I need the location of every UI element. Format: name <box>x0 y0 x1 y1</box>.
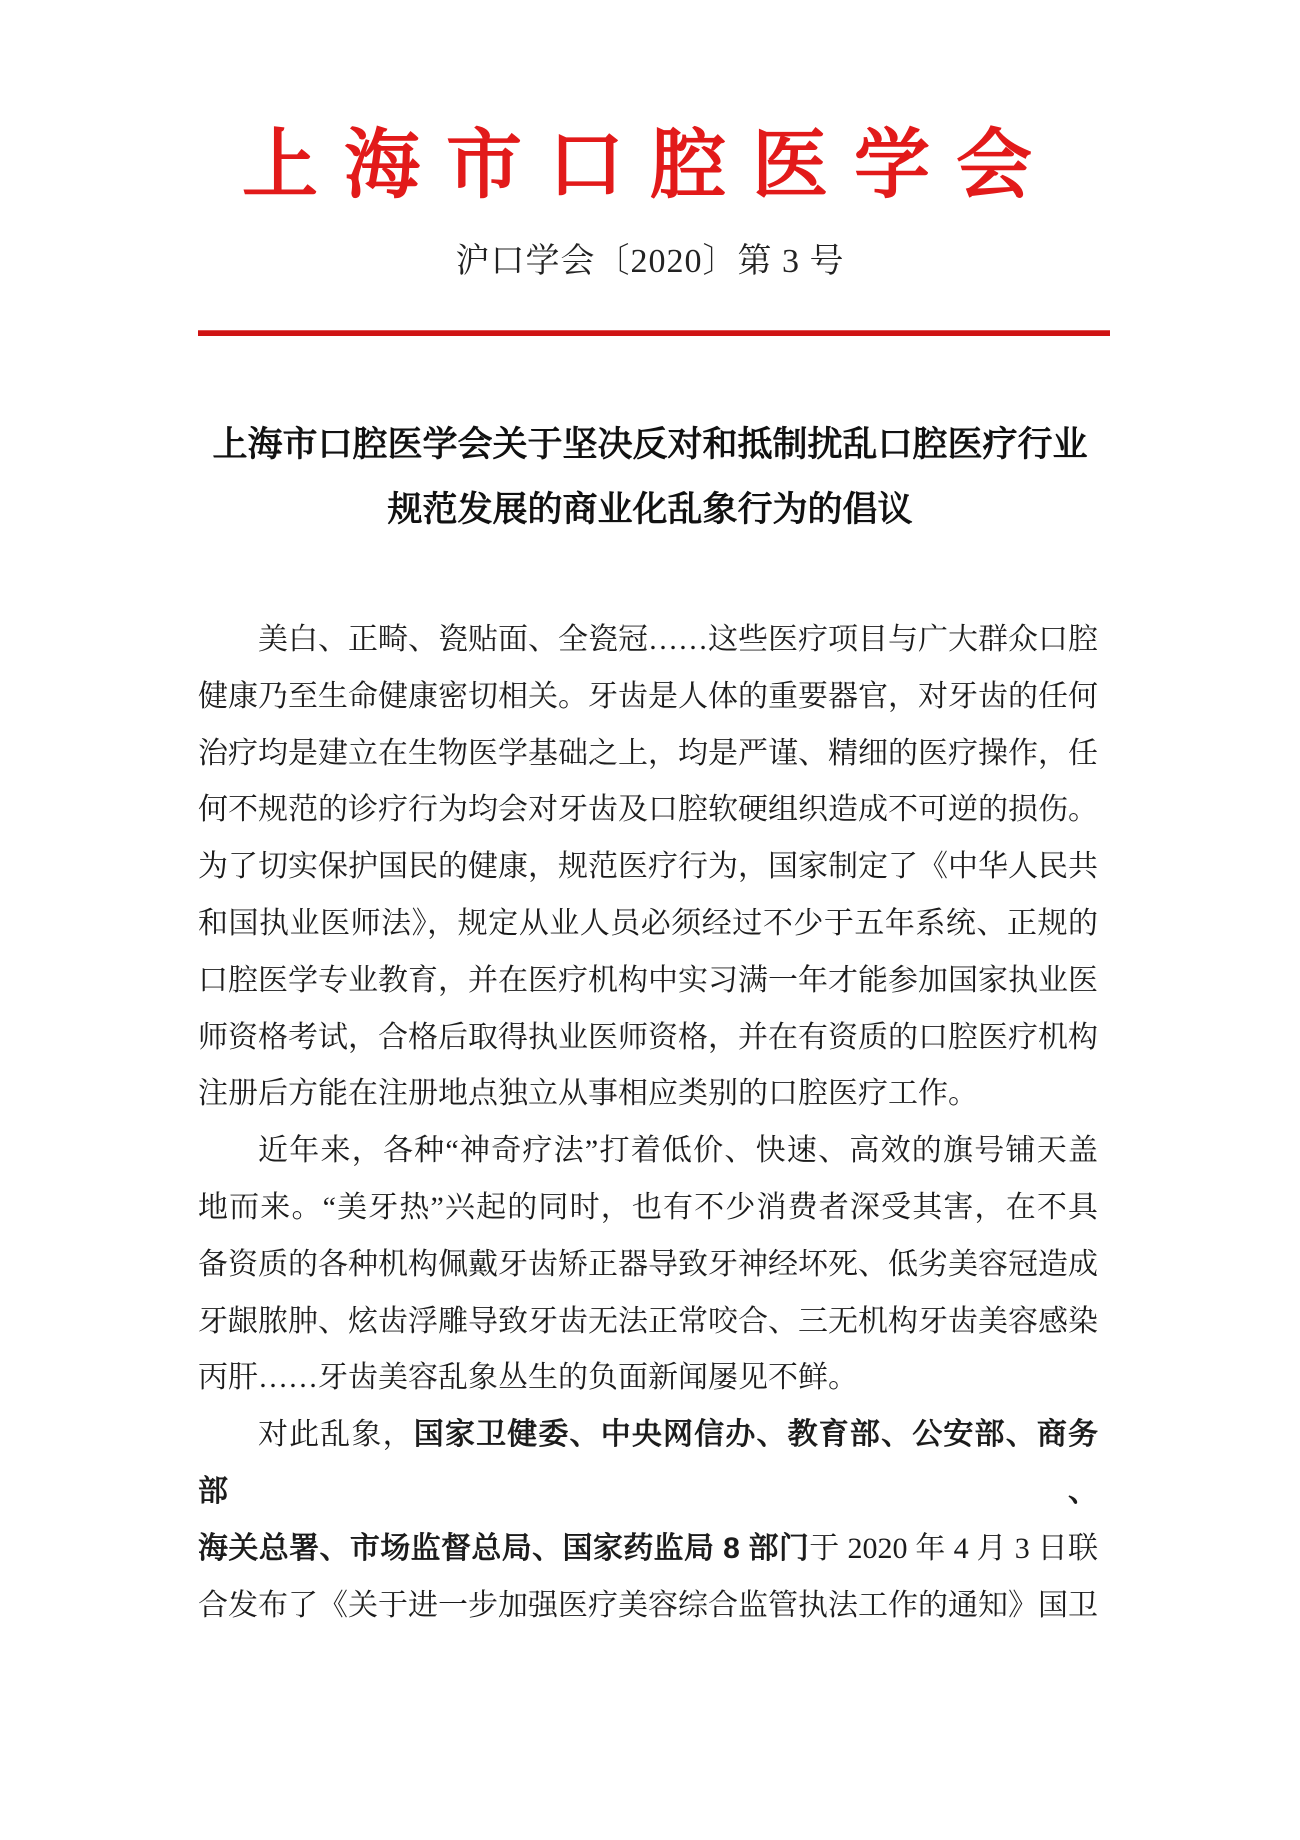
document-heading: 上海市口腔医学会关于坚决反对和抵制扰乱口腔医疗行业 规范发展的商业化乱象行为的倡… <box>0 412 1300 542</box>
body-line: 师资格考试，合格后取得执业医师资格，并在有资质的口腔医疗机构 <box>198 1010 1098 1067</box>
text-segment: 注册后方能在注册地点独立从事相应类别的口腔医疗工作。 <box>198 1077 978 1110</box>
text-segment: 合发布了《关于进一步加强医疗美容综合监管执法工作的通知》国卫 <box>198 1589 1098 1622</box>
text-segment: 治疗均是建立在生物医学基础之上，均是严谨、精细的医疗操作，任 <box>198 737 1098 770</box>
text-segment: 美白、正畸、瓷贴面、全瓷冠……这些医疗项目与广大群众口腔 <box>258 623 1098 656</box>
red-divider-rule <box>198 330 1110 336</box>
paragraph: 近年来，各种“神奇疗法”打着低价、快速、高效的旗号铺天盖地而来。“美牙热”兴起的… <box>198 1123 1098 1407</box>
text-segment: 和国执业医师法》，规定从业人员必须经过不少于五年系统、正规的 <box>198 907 1098 940</box>
text-segment: 口腔医学专业教育，并在医疗机构中实习满一年才能参加国家执业医 <box>198 964 1098 997</box>
text-segment: 于 2020 年 4 月 3 日联 <box>809 1532 1098 1565</box>
body-line: 对此乱象，国家卫健委、中央网信办、教育部、公安部、商务部、 <box>198 1407 1098 1521</box>
document-body: 美白、正畸、瓷贴面、全瓷冠……这些医疗项目与广大群众口腔健康乃至生命健康密切相关… <box>198 612 1098 1634</box>
body-line: 近年来，各种“神奇疗法”打着低价、快速、高效的旗号铺天盖 <box>198 1123 1098 1180</box>
document-number: 沪口学会〔2020〕第 3 号 <box>0 240 1300 284</box>
body-line: 和国执业医师法》，规定从业人员必须经过不少于五年系统、正规的 <box>198 896 1098 953</box>
paragraph: 美白、正畸、瓷贴面、全瓷冠……这些医疗项目与广大群众口腔健康乃至生命健康密切相关… <box>198 612 1098 1123</box>
body-line: 丙肝……牙齿美容乱象丛生的负面新闻屡见不鲜。 <box>198 1350 1098 1407</box>
text-segment: 何不规范的诊疗行为均会对牙齿及口腔软硬组织造成不可逆的损伤。 <box>198 793 1098 826</box>
bold-text-segment: 海关总署、市场监督总局、国家药监局 8 部门 <box>198 1532 809 1565</box>
text-segment: 对此乱象， <box>258 1418 414 1451</box>
body-line: 备资质的各种机构佩戴牙齿矫正器导致牙神经坏死、低劣美容冠造成 <box>198 1237 1098 1294</box>
document-heading-line-2: 规范发展的商业化乱象行为的倡议 <box>0 477 1300 542</box>
text-segment: 健康乃至生命健康密切相关。牙齿是人体的重要器官，对牙齿的任何 <box>198 680 1098 713</box>
body-line: 海关总署、市场监督总局、国家药监局 8 部门于 2020 年 4 月 3 日联 <box>198 1521 1098 1578</box>
document-page: 上海市口腔医学会 沪口学会〔2020〕第 3 号 上海市口腔医学会关于坚决反对和… <box>0 0 1300 1840</box>
body-line: 地而来。“美牙热”兴起的同时，也有不少消费者深受其害，在不具 <box>198 1180 1098 1237</box>
body-line: 注册后方能在注册地点独立从事相应类别的口腔医疗工作。 <box>198 1066 1098 1123</box>
text-segment: 丙肝……牙齿美容乱象丛生的负面新闻屡见不鲜。 <box>198 1361 858 1394</box>
organization-title: 上海市口腔医学会 <box>0 118 1300 214</box>
body-line: 牙龈脓肿、炫齿浮雕导致牙齿无法正常咬合、三无机构牙齿美容感染 <box>198 1294 1098 1351</box>
body-line: 何不规范的诊疗行为均会对牙齿及口腔软硬组织造成不可逆的损伤。 <box>198 782 1098 839</box>
paragraph: 对此乱象，国家卫健委、中央网信办、教育部、公安部、商务部、海关总署、市场监督总局… <box>198 1407 1098 1634</box>
text-segment: 师资格考试，合格后取得执业医师资格，并在有资质的口腔医疗机构 <box>198 1021 1098 1054</box>
body-line: 健康乃至生命健康密切相关。牙齿是人体的重要器官，对牙齿的任何 <box>198 669 1098 726</box>
body-line: 口腔医学专业教育，并在医疗机构中实习满一年才能参加国家执业医 <box>198 953 1098 1010</box>
body-line: 治疗均是建立在生物医学基础之上，均是严谨、精细的医疗操作，任 <box>198 726 1098 783</box>
text-segment: 近年来，各种“神奇疗法”打着低价、快速、高效的旗号铺天盖 <box>258 1134 1098 1167</box>
text-segment: 牙龈脓肿、炫齿浮雕导致牙齿无法正常咬合、三无机构牙齿美容感染 <box>198 1305 1098 1338</box>
body-line: 合发布了《关于进一步加强医疗美容综合监管执法工作的通知》国卫 <box>198 1578 1098 1635</box>
text-segment: 地而来。“美牙热”兴起的同时，也有不少消费者深受其害，在不具 <box>198 1191 1098 1224</box>
text-segment: 为了切实保护国民的健康，规范医疗行为，国家制定了《中华人民共 <box>198 850 1098 883</box>
body-line: 美白、正畸、瓷贴面、全瓷冠……这些医疗项目与广大群众口腔 <box>198 612 1098 669</box>
document-heading-line-1: 上海市口腔医学会关于坚决反对和抵制扰乱口腔医疗行业 <box>0 412 1300 477</box>
text-segment: 备资质的各种机构佩戴牙齿矫正器导致牙神经坏死、低劣美容冠造成 <box>198 1248 1098 1281</box>
body-line: 为了切实保护国民的健康，规范医疗行为，国家制定了《中华人民共 <box>198 839 1098 896</box>
